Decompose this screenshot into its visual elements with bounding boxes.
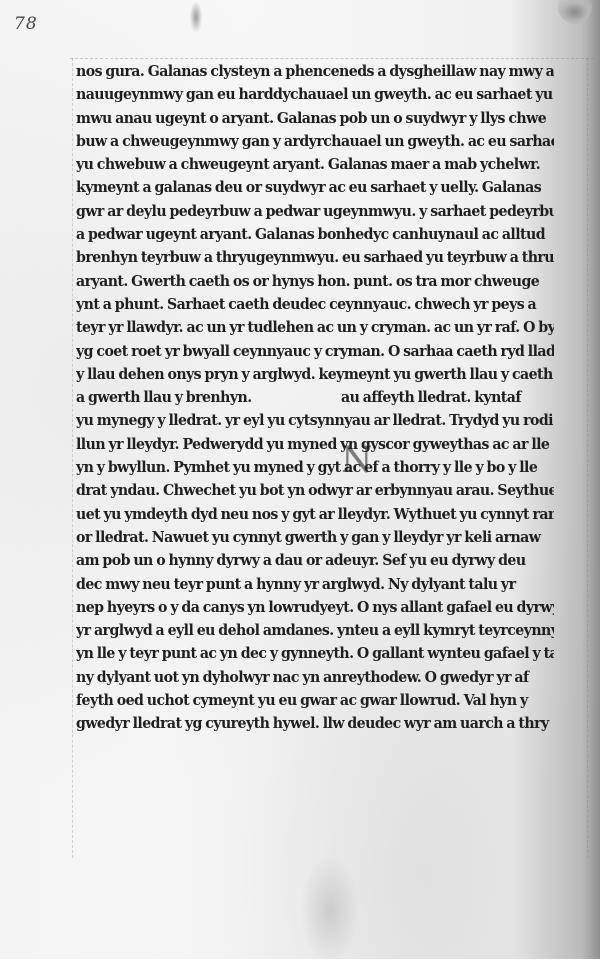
text-line: gwr ar deylu pedeyrbuw a pedwar ugeynmwy… (76, 200, 554, 223)
text-line: uet yu ymdeyth dyd neu nos y gyt ar lley… (76, 503, 554, 526)
text-line: ynt a phunt. Sarhaet caeth deudec ceynny… (76, 293, 554, 316)
manuscript-page: 78 N nos gura. Galanas clysteyn a phence… (0, 0, 600, 971)
text-line: yg coet roet yr bwyall ceynnyauc y cryma… (76, 340, 554, 363)
text-line: yn lle y teyr punt ac yn dec y gynneyth.… (76, 642, 554, 665)
text-line: nep hyeyrs o y da canys yn lowrudyeyt. O… (76, 596, 554, 619)
text-line: teyr yr llawdyr. ac un yr tudlehen ac un… (76, 316, 554, 339)
manuscript-text-block: nos gura. Galanas clysteyn a phenceneds … (76, 60, 590, 736)
text-line: yu chwebuw a chweugeynt aryant. Galanas … (76, 153, 554, 176)
text-line: am pob un o hynny dyrwy a dau or adeuyr.… (76, 549, 554, 572)
folio-number: 78 (14, 14, 38, 34)
text-line: nauugeynmwy gan eu harddychauael un gwey… (76, 83, 554, 106)
text-line-segment: au affeyth lledrat. kyntaf (341, 386, 521, 409)
text-line: or lledrat. Nawuet yu cynnyt gwerth y ga… (76, 526, 554, 549)
text-line: yr arglwyd a eyll eu dehol amdanes. ynte… (76, 619, 554, 642)
text-line: kymeynt a galanas deu or suydwyr ac eu s… (76, 176, 554, 199)
text-line: a gwerth llau y brenhyn. au affeyth lled… (76, 386, 554, 409)
ruling-line-left (72, 58, 73, 858)
text-line: y llau dehen onys pryn y arglwyd. keymey… (76, 363, 554, 386)
text-line: dec mwy neu teyr punt a hynny yr arglwyd… (76, 573, 554, 596)
text-line: yu mynegy y lledrat. yr eyl yu cytsynnya… (76, 409, 554, 432)
text-line: llun yr lleydyr. Pedwerydd yu myned yn g… (76, 433, 554, 456)
text-line: mwu anau ugeynt o aryant. Galanas pob un… (76, 107, 554, 130)
ruling-line-top (70, 58, 594, 59)
text-line: ny dylyant uot yn dyholwyr nac yn anreyt… (76, 666, 554, 689)
text-line-segment: a gwerth llau y brenhyn. (76, 386, 341, 409)
text-line: buw a chweugeynmwy gan y ardyrchauael un… (76, 130, 554, 153)
corner-stain (558, 0, 592, 24)
text-line: yn y bwyllun. Pymhet yu myned y gyt ac e… (76, 456, 554, 479)
page-stain (300, 855, 360, 965)
text-line: a pedwar ugeynt aryant. Galanas bonhedyc… (76, 223, 554, 246)
text-line: nos gura. Galanas clysteyn a phenceneds … (76, 60, 554, 83)
text-line: aryant. Gwerth caeth os or hynys hon. pu… (76, 270, 554, 293)
text-line: brenhyn teyrbuw a thryugeynmwyu. eu sarh… (76, 246, 554, 269)
text-line: feyth oed uchot cymeynt yu eu gwar ac gw… (76, 689, 554, 712)
text-line: gwedyr lledrat yg cyureyth hywel. llw de… (76, 712, 554, 735)
ink-blot (190, 2, 202, 32)
text-line: drat yndau. Chwechet yu bot yn odwyr ar … (76, 479, 554, 502)
